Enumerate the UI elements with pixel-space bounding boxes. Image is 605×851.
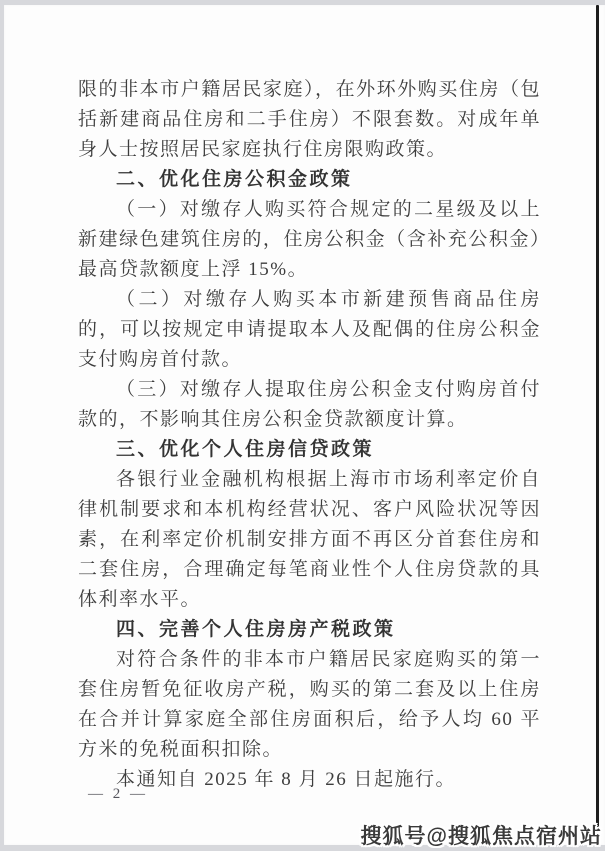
scanned-document-page: { "document": { "paragraphs": [ { "type"… — [0, 0, 605, 851]
watermark: 搜狐号@搜狐焦点宿州站 — [361, 820, 602, 850]
paragraph-item-2: （二）对缴存人购买本市新建预售商品住房的，可以按规定申请提取本人及配偶的住房公积… — [78, 285, 541, 375]
page-number: — 2 — — [88, 786, 148, 803]
paragraph-item-1: （一）对缴存人购买符合规定的二星级及以上新建绿色建筑住房的，住房公积金（含补充公… — [78, 195, 541, 285]
section-heading-4: 四、完善个人住房房产税政策 — [78, 615, 541, 645]
paragraph-credit-policy: 各银行业金融机构根据上海市市场利率定价自律机制要求和本机构经营状况、客户风险状况… — [78, 465, 541, 615]
section-heading-2: 二、优化住房公积金政策 — [78, 165, 541, 195]
paragraph-property-tax: 对符合条件的非本市户籍居民家庭购买的第一套住房暂免征收房产税，购买的第二套及以上… — [78, 645, 541, 765]
scan-edge-line — [596, 5, 599, 837]
paragraph-item-3: （三）对缴存人提取住房公积金支付购房首付款的，不影响其住房公积金贷款额度计算。 — [78, 375, 541, 435]
paragraph-continuation: 限的非本市户籍居民家庭），在外环外购买住房（包括新建商品住房和二手住房）不限套数… — [78, 75, 541, 165]
document-body: 限的非本市户籍居民家庭），在外环外购买住房（包括新建商品住房和二手住房）不限套数… — [78, 75, 541, 795]
paper-sheet: 限的非本市户籍居民家庭），在外环外购买住房（包括新建商品住房和二手住房）不限套数… — [4, 5, 605, 845]
section-heading-3: 三、优化个人住房信贷政策 — [78, 435, 541, 465]
